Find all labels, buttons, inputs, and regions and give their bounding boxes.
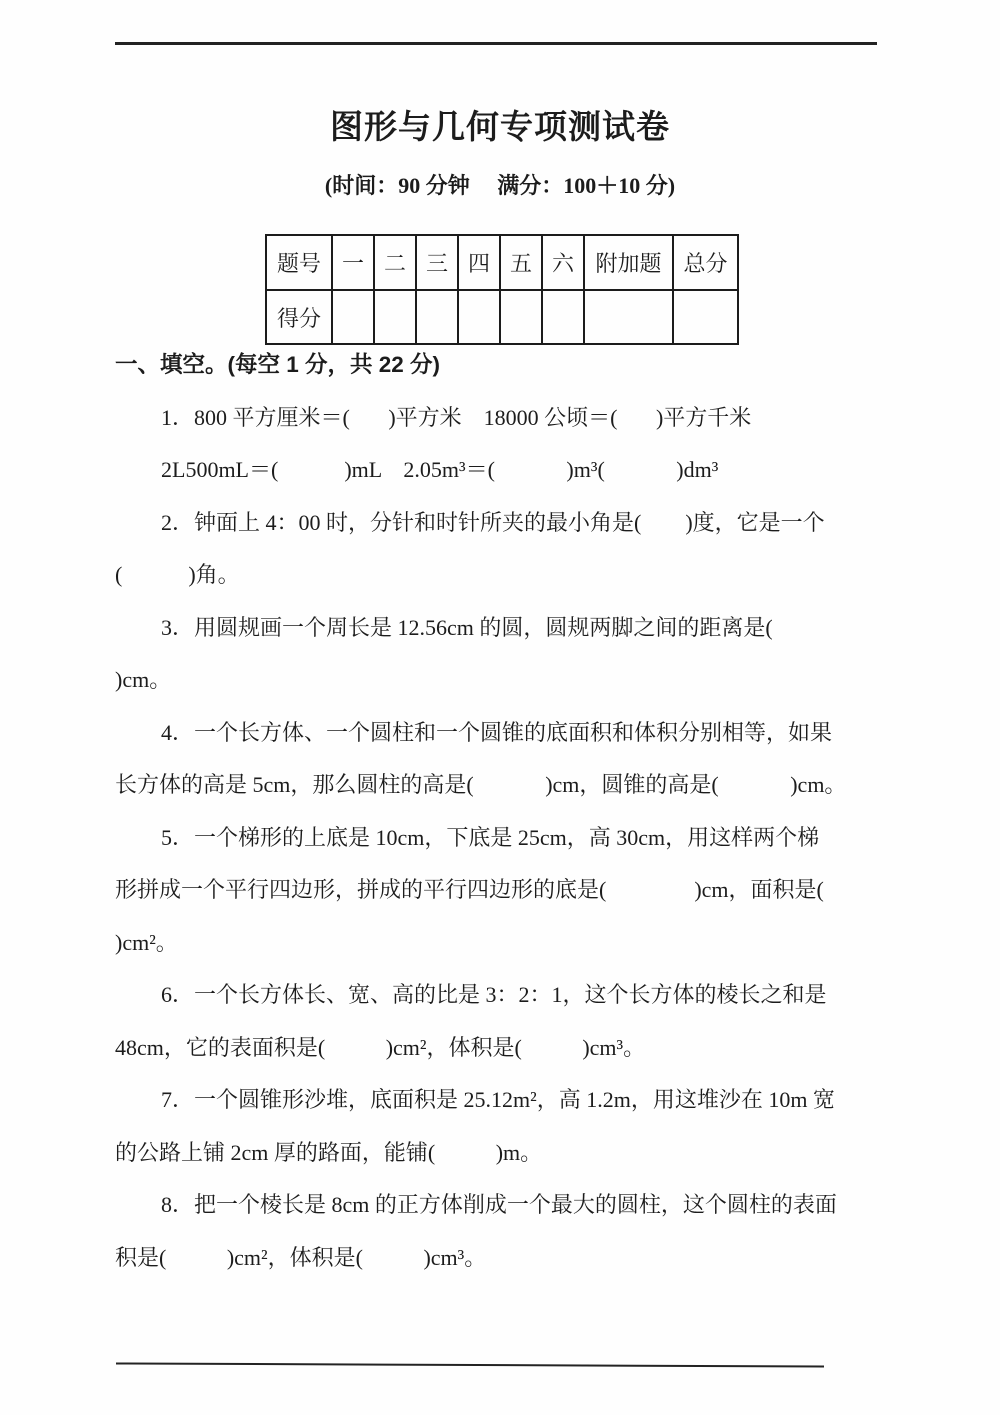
score-table-cell — [542, 290, 584, 344]
score-table-score-row: 得分 — [266, 290, 738, 344]
score-table-header-cell: 三 — [416, 235, 458, 290]
question-line: )cm。 — [115, 654, 895, 707]
question-line: 6．一个长方体长、宽、高的比是 3：2：1，这个长方体的棱长之和是 — [115, 969, 895, 1022]
question-line: 的公路上铺 2cm 厚的路面，能铺( )m。 — [115, 1127, 895, 1180]
question-line: 形拼成一个平行四边形，拼成的平行四边形的底是( )cm，面积是( — [115, 864, 895, 917]
score-table-header-cell: 一 — [332, 235, 374, 290]
score-table-header-row: 题号 一 二 三 四 五 六 附加题 总分 — [266, 235, 738, 290]
score-table: 题号 一 二 三 四 五 六 附加题 总分 得分 — [265, 234, 739, 345]
top-rule — [115, 42, 877, 45]
score-table-cell — [500, 290, 542, 344]
question-line: 2．钟面上 4：00 时，分针和时针所夹的最小角是( )度，它是一个 — [115, 497, 895, 550]
score-table-cell — [584, 290, 673, 344]
score-table-cell — [416, 290, 458, 344]
paper-subtitle: (时间：90 分钟 满分：100＋10 分) — [0, 173, 1000, 198]
score-table-header-cell: 附加题 — [584, 235, 673, 290]
question-line: 8．把一个棱长是 8cm 的正方体削成一个最大的圆柱，这个圆柱的表面 — [115, 1179, 895, 1232]
fill-in-blanks-section: 一、填空。(每空 1 分，共 22 分) 1．800 平方厘米＝( )平方米 1… — [115, 339, 895, 1284]
score-table-cell — [673, 290, 738, 344]
question-line: )cm²。 — [115, 917, 895, 970]
score-table-header-cell: 题号 — [266, 235, 332, 290]
score-table-header-cell: 二 — [374, 235, 416, 290]
question-line: 48cm，它的表面积是( )cm²，体积是( )cm³。 — [115, 1022, 895, 1075]
score-table-cell: 得分 — [266, 290, 332, 344]
score-table-cell — [332, 290, 374, 344]
section-heading: 一、填空。(每空 1 分，共 22 分) — [115, 339, 895, 392]
question-line: 1．800 平方厘米＝( )平方米 18000 公顷＝( )平方千米 — [115, 392, 895, 445]
bottom-rule — [116, 1362, 824, 1367]
question-line: 长方体的高是 5cm，那么圆柱的高是( )cm，圆锥的高是( )cm。 — [115, 759, 895, 812]
question-line: 2L500mL＝( )mL 2.05m³＝( )m³( )dm³ — [115, 444, 895, 497]
score-table-header-cell: 六 — [542, 235, 584, 290]
score-table-cell — [458, 290, 500, 344]
paper-title: 图形与几何专项测试卷 — [0, 110, 1000, 146]
score-table-header-cell: 四 — [458, 235, 500, 290]
score-table-cell — [374, 290, 416, 344]
score-table-header-cell: 总分 — [673, 235, 738, 290]
test-paper-page: 图形与几何专项测试卷 (时间：90 分钟 满分：100＋10 分) 题号 一 二… — [0, 0, 1000, 1415]
question-line: 积是( )cm²，体积是( )cm³。 — [115, 1232, 895, 1285]
score-table-header-cell: 五 — [500, 235, 542, 290]
question-line: 4．一个长方体、一个圆柱和一个圆锥的底面积和体积分别相等，如果 — [115, 707, 895, 760]
question-line: ( )角。 — [115, 549, 895, 602]
question-line: 3．用圆规画一个周长是 12.56cm 的圆，圆规两脚之间的距离是( — [115, 602, 895, 655]
question-line: 5．一个梯形的上底是 10cm，下底是 25cm，高 30cm，用这样两个梯 — [115, 812, 895, 865]
question-line: 7．一个圆锥形沙堆，底面积是 25.12m²，高 1.2m，用这堆沙在 10m … — [115, 1074, 895, 1127]
